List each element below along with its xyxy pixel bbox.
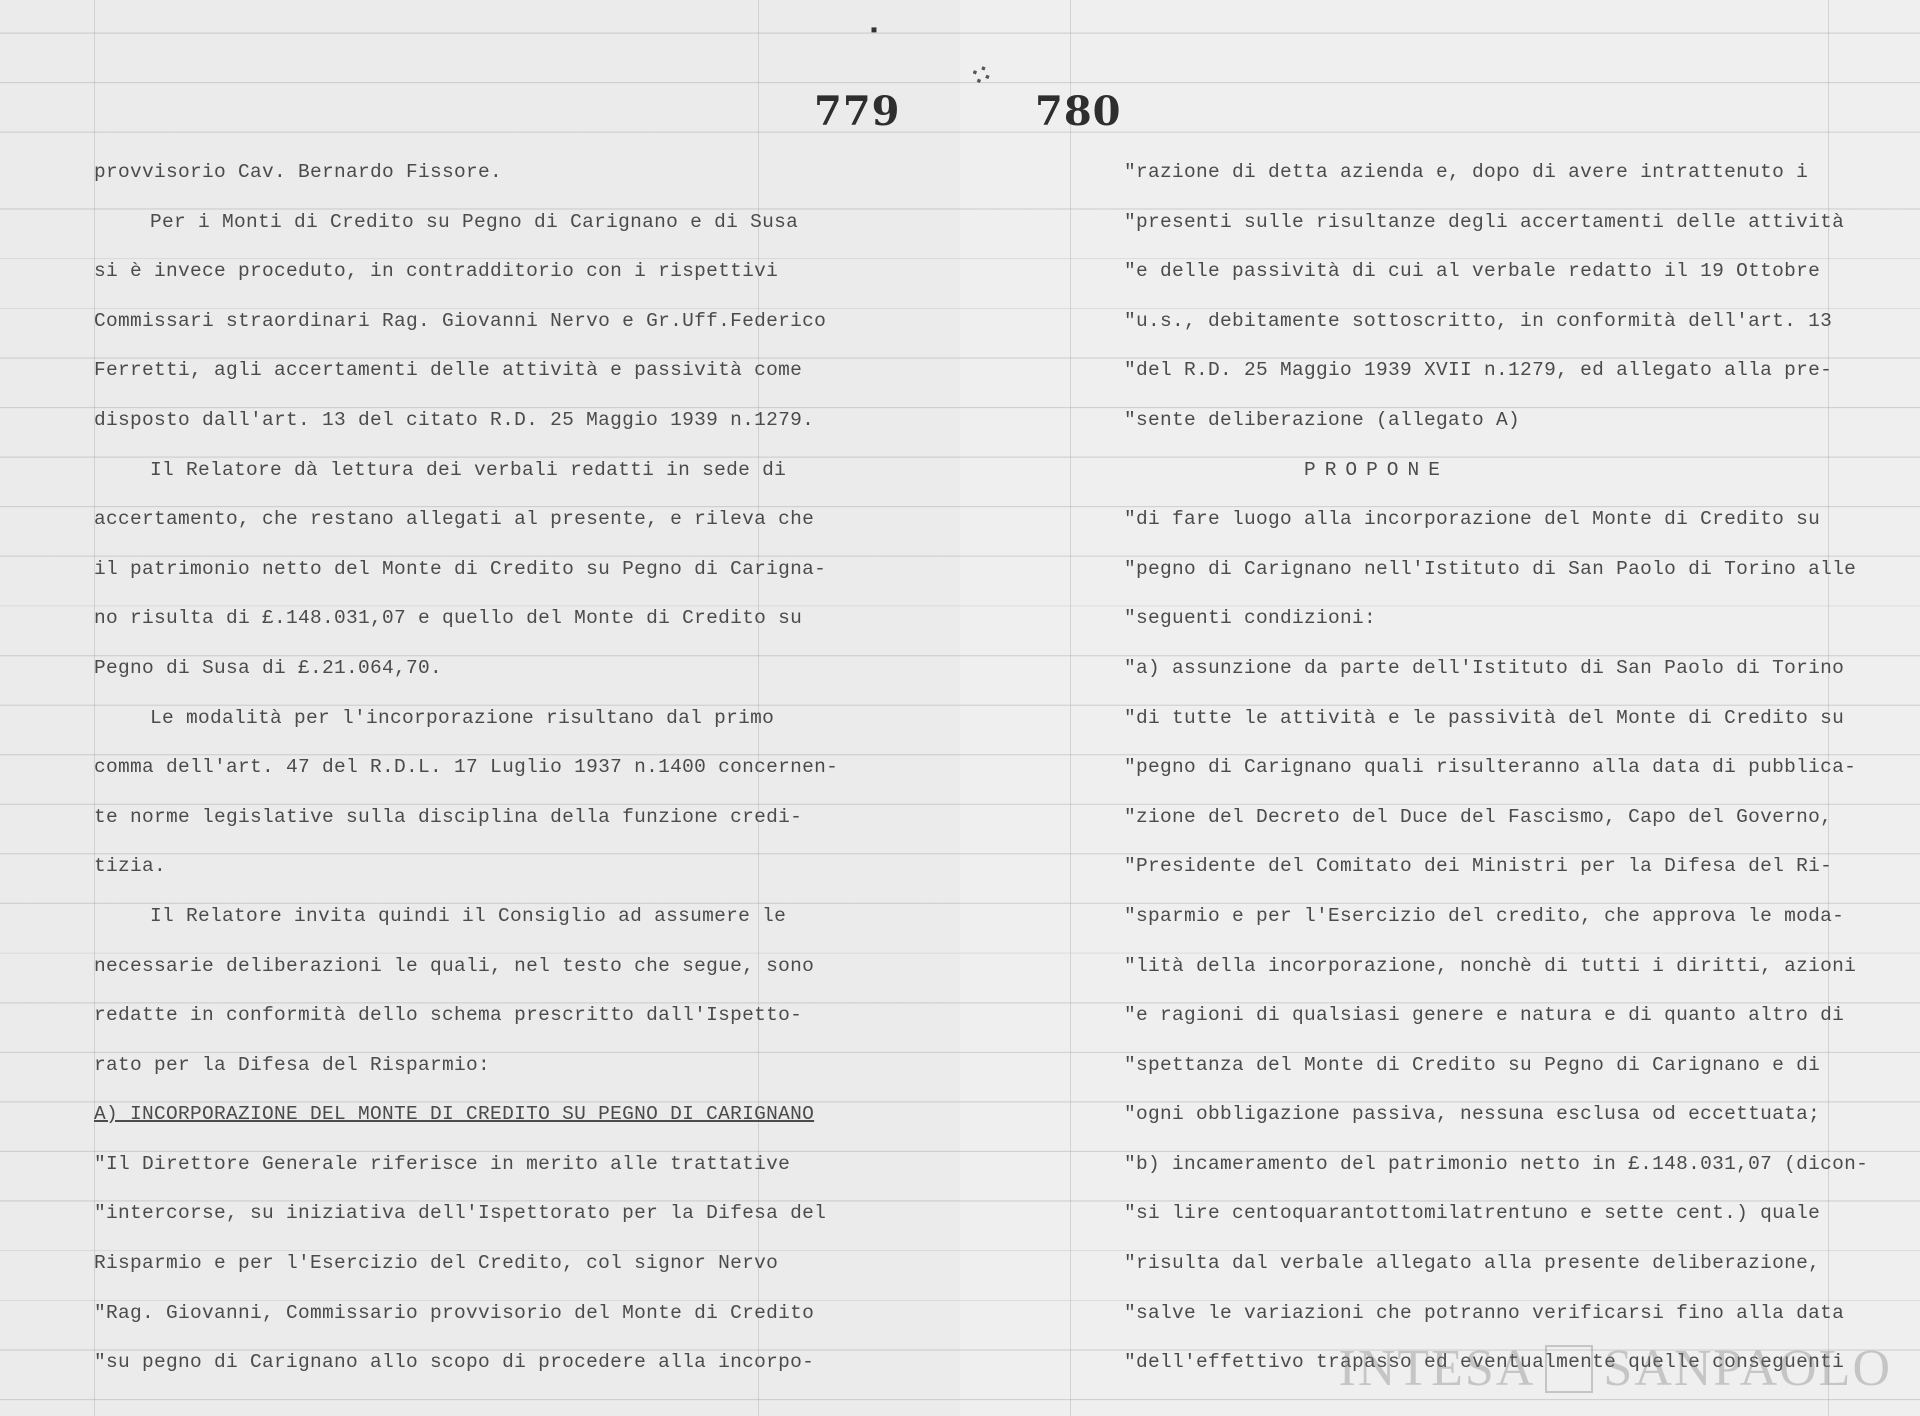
page-text: provvisorio Cav. Bernardo Fissore.Per i … [94, 148, 838, 1388]
text-line: "b) incameramento del patrimonio netto i… [1124, 1140, 1868, 1190]
text-line: "Rag. Giovanni, Commissario provvisorio … [94, 1289, 838, 1339]
text-line: rato per la Difesa del Risparmio: [94, 1041, 838, 1091]
bank-logo-icon [1545, 1345, 1593, 1393]
centered-heading: PROPONE [1124, 446, 1868, 496]
text-line: "e ragioni di qualsiasi genere e natura … [1124, 991, 1868, 1041]
text-line: Ferretti, agli accertamenti delle attivi… [94, 346, 838, 396]
text-line: "sparmio e per l'Esercizio del credito, … [1124, 892, 1868, 942]
text-line: tizia. [94, 842, 838, 892]
text-line: "pegno di Carignano quali risulteranno a… [1124, 743, 1868, 793]
text-line: Le modalità per l'incorporazione risulta… [94, 694, 838, 744]
left-page: ▪ 779 provvisorio Cav. Bernardo Fissore.… [0, 0, 960, 1416]
text-line: Il Relatore dà lettura dei verbali redat… [94, 446, 838, 496]
text-line: "seguenti condizioni: [1124, 594, 1868, 644]
text-line: "del R.D. 25 Maggio 1939 XVII n.1279, ed… [1124, 346, 1868, 396]
text-line: il patrimonio netto del Monte di Credito… [94, 545, 838, 595]
text-line: disposto dall'art. 13 del citato R.D. 25… [94, 396, 838, 446]
text-line: accertamento, che restano allegati al pr… [94, 495, 838, 545]
text-line: "Presidente del Comitato dei Ministri pe… [1124, 842, 1868, 892]
page-text: "razione di detta azienda e, dopo di ave… [1124, 148, 1868, 1388]
stamp-mark: ⁘ [960, 52, 1001, 101]
text-line: "intercorse, su iniziativa dell'Ispettor… [94, 1189, 838, 1239]
text-line: "Il Direttore Generale riferisce in meri… [94, 1140, 838, 1190]
text-line: "spettanza del Monte di Credito su Pegno… [1124, 1041, 1868, 1091]
text-line: no risulta di £.148.031,07 e quello del … [94, 594, 838, 644]
text-line: "ogni obbligazione passiva, nessuna escl… [1124, 1090, 1868, 1140]
text-line: "pegno di Carignano nell'Istituto di San… [1124, 545, 1868, 595]
document-spread: ▪ 779 provvisorio Cav. Bernardo Fissore.… [0, 0, 1920, 1416]
text-line: redatte in conformità dello schema presc… [94, 991, 838, 1041]
margin-rule [1070, 0, 1071, 1416]
text-line: Per i Monti di Credito su Pegno di Carig… [94, 198, 838, 248]
text-line: Il Relatore invita quindi il Consiglio a… [94, 892, 838, 942]
right-page: ⁘ 780 "razione di detta azienda e, dopo … [960, 0, 1920, 1416]
text-line: Pegno di Susa di £.21.064,70. [94, 644, 838, 694]
page-number: 779 [814, 88, 901, 135]
ink-mark: ▪ [868, 20, 880, 43]
text-line: comma dell'art. 47 del R.D.L. 17 Luglio … [94, 743, 838, 793]
watermark-text-left: INTESA [1339, 1339, 1536, 1398]
text-line: Commissari straordinari Rag. Giovanni Ne… [94, 297, 838, 347]
text-line: "sente deliberazione (allegato A) [1124, 396, 1868, 446]
text-line: Risparmio e per l'Esercizio del Credito,… [94, 1239, 838, 1289]
text-line: "su pegno di Carignano allo scopo di pro… [94, 1338, 838, 1388]
watermark-logo: INTESA SANPAOLO [1339, 1339, 1892, 1398]
text-line: necessarie deliberazioni le quali, nel t… [94, 942, 838, 992]
text-line: "a) assunzione da parte dell'Istituto di… [1124, 644, 1868, 694]
text-line: "salve le variazioni che potranno verifi… [1124, 1289, 1868, 1339]
text-line: "e delle passività di cui al verbale red… [1124, 247, 1868, 297]
text-line: "razione di detta azienda e, dopo di ave… [1124, 148, 1868, 198]
text-line: "di tutte le attività e le passività del… [1124, 694, 1868, 744]
text-line: "di fare luogo alla incorporazione del M… [1124, 495, 1868, 545]
text-line: provvisorio Cav. Bernardo Fissore. [94, 148, 838, 198]
page-number: 780 [1035, 88, 1122, 135]
text-line: "risulta dal verbale allegato alla prese… [1124, 1239, 1868, 1289]
text-line: "presenti sulle risultanze degli accerta… [1124, 198, 1868, 248]
section-heading: A) INCORPORAZIONE DEL MONTE DI CREDITO S… [94, 1090, 838, 1140]
watermark-text-right: SANPAOLO [1603, 1339, 1892, 1398]
text-line: si è invece proceduto, in contradditorio… [94, 247, 838, 297]
text-line: "lità della incorporazione, nonchè di tu… [1124, 942, 1868, 992]
text-line: "zione del Decreto del Duce del Fascismo… [1124, 793, 1868, 843]
text-line: "si lire centoquarantottomilatrentuno e … [1124, 1189, 1868, 1239]
text-line: te norme legislative sulla disciplina de… [94, 793, 838, 843]
text-line: "u.s., debitamente sottoscritto, in conf… [1124, 297, 1868, 347]
